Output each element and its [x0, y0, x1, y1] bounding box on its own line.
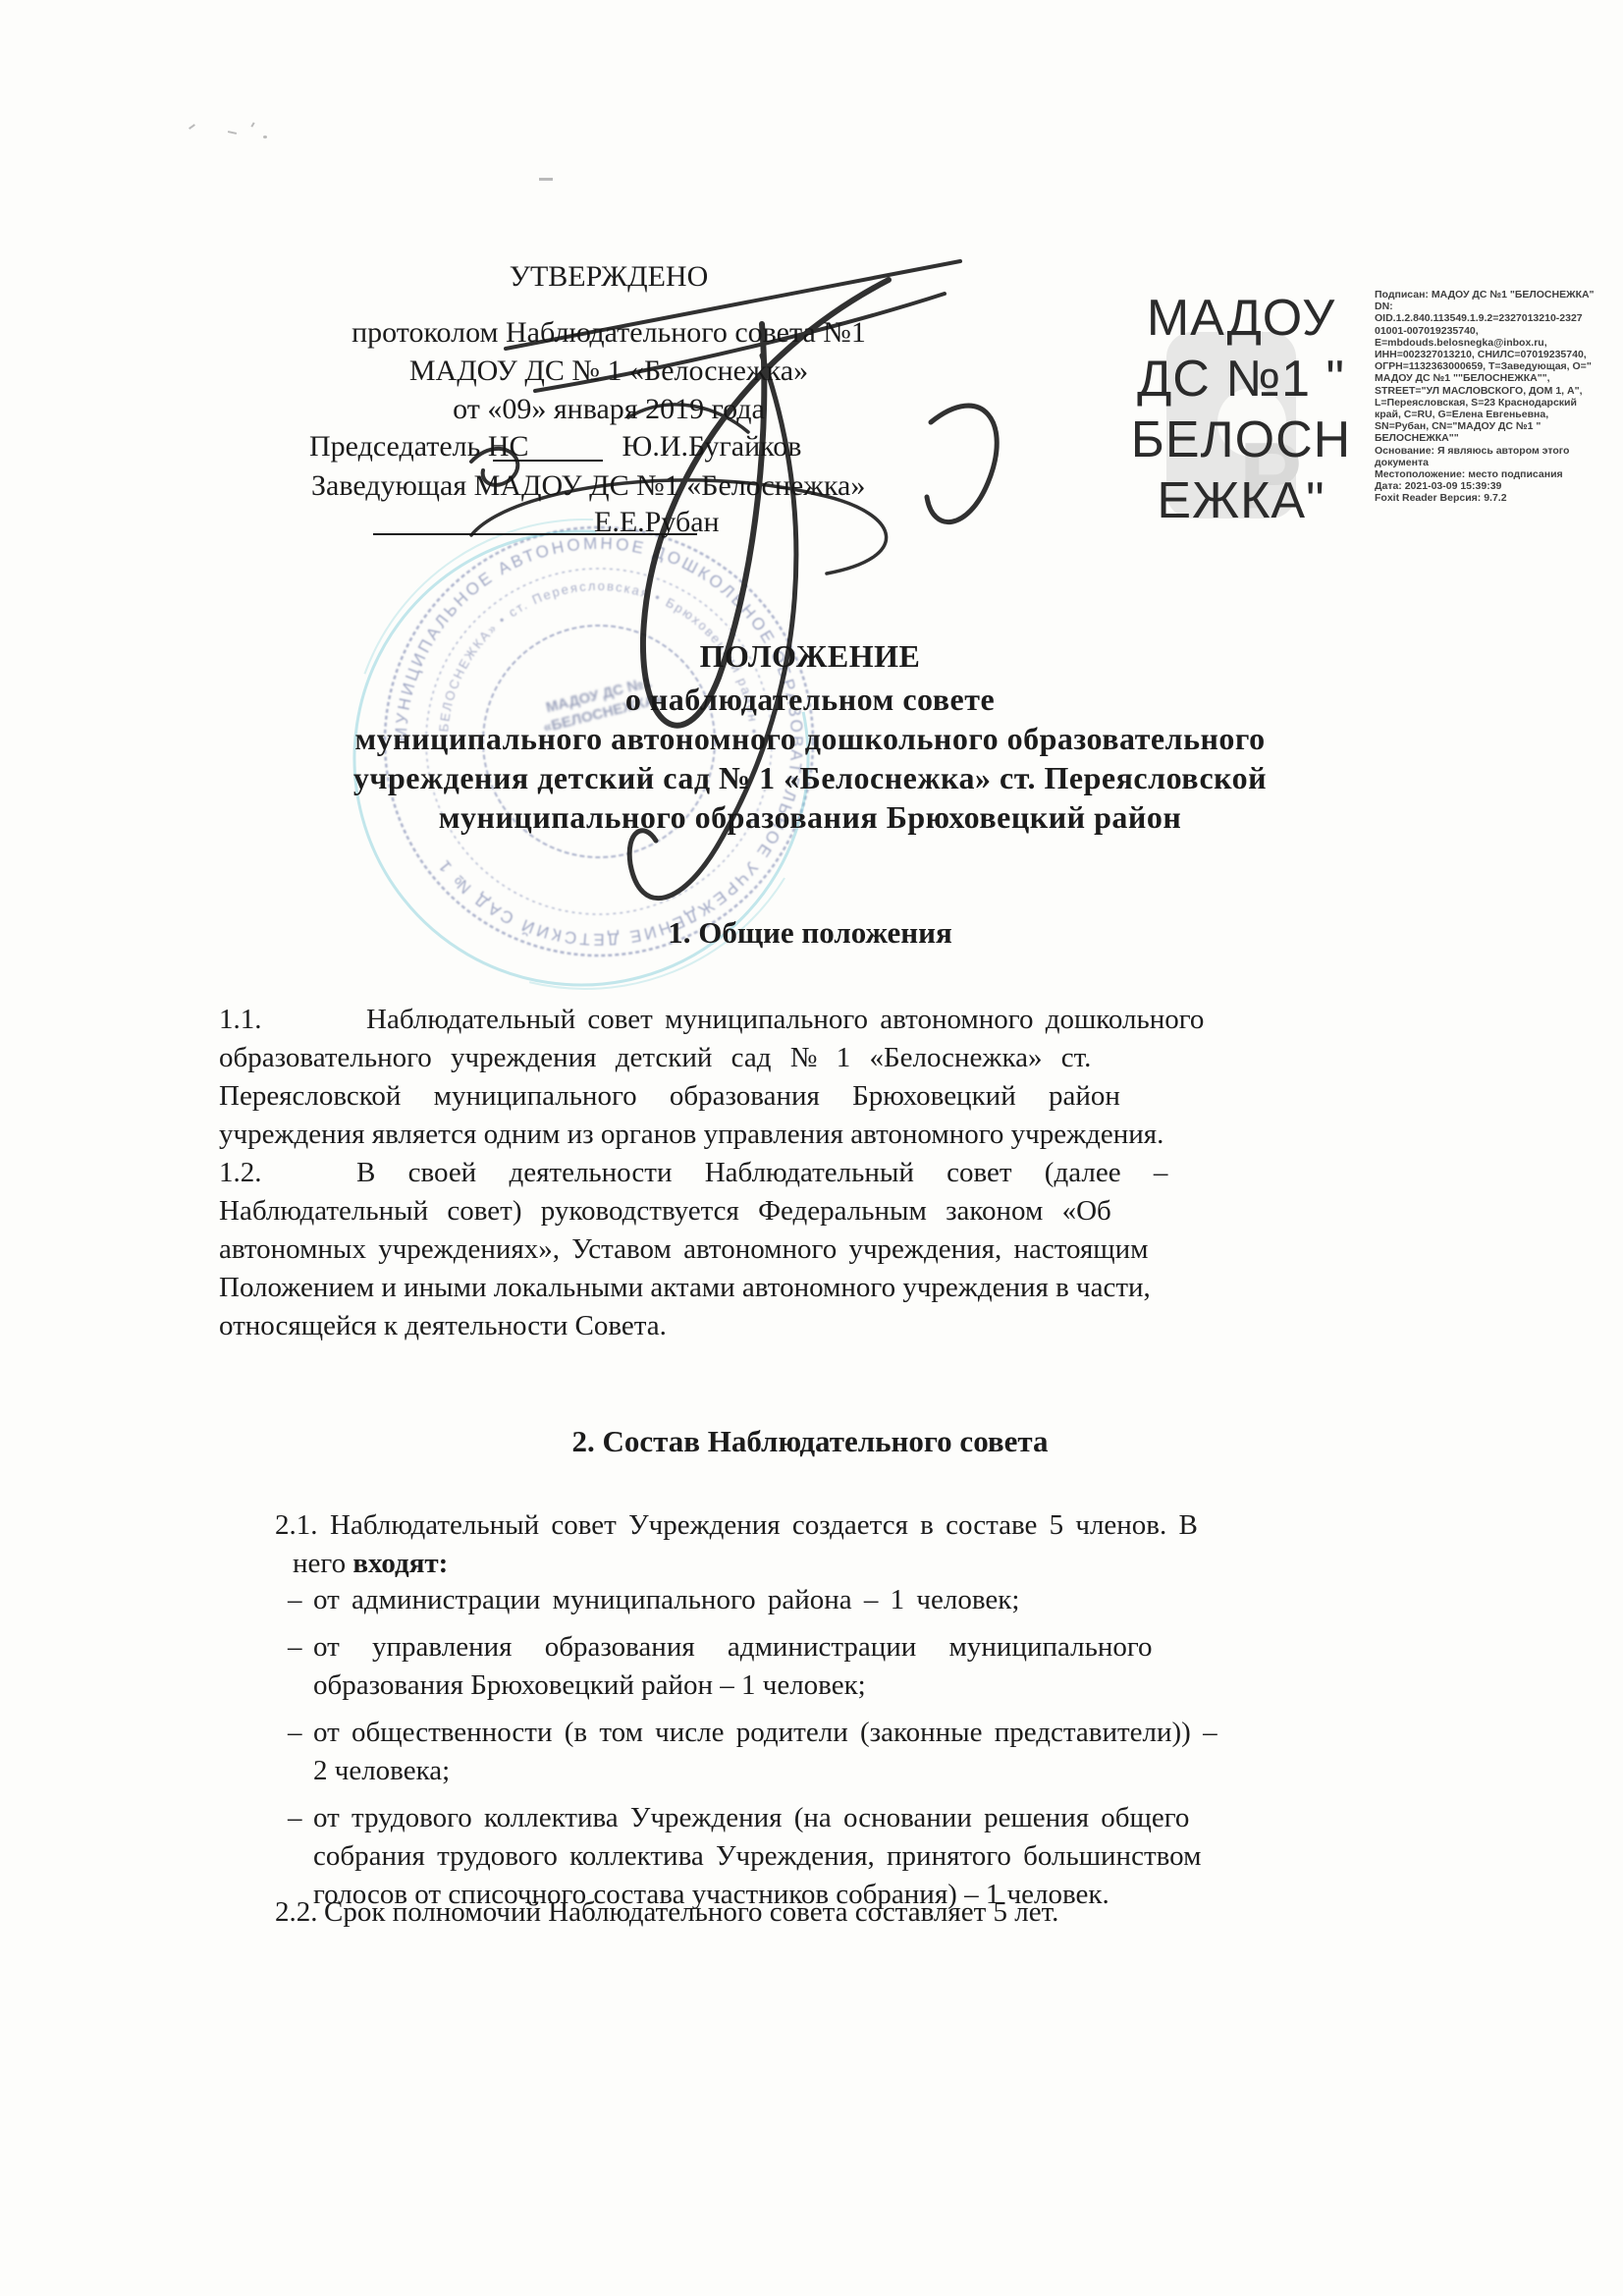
badge-name-line: ЕЖКА" — [1098, 470, 1384, 531]
para-1-1: 1.1.Наблюдательный совет муниципального … — [219, 1001, 1436, 1154]
title-line-2: о наблюдательном совете — [290, 680, 1330, 719]
bullet-list: от администрации муниципального района –… — [290, 1581, 1438, 1923]
head-name-row: Е.Е.Рубан — [594, 504, 720, 541]
title-line-1: ПОЛОЖЕНИЕ — [290, 636, 1330, 676]
badge-details: Подписан: МАДОУ ДС №1 "БЕЛОСНЕЖКА" DN: O… — [1375, 289, 1623, 505]
title-line-3: муниципального автономного дошкольного о… — [290, 719, 1330, 758]
para-2-1: 2.1.Наблюдательный совет Учреждения созд… — [275, 1506, 1438, 1583]
para-number: 1.1. — [219, 1001, 366, 1039]
chair-name: Ю.И.Бугайков — [622, 430, 802, 463]
bullet-item: от управления образования администрации … — [290, 1628, 1438, 1705]
title-line-4: учреждения детский сад № 1 «Белоснежка» … — [290, 758, 1330, 797]
para-number: 1.2. — [219, 1154, 356, 1192]
chair-label: Председатель НС — [309, 430, 529, 463]
para-number: 2.1. — [275, 1506, 330, 1545]
badge-name-line: ДС №1 " — [1098, 349, 1384, 410]
head-label: Заведующая МАДОУ ДС №1 «Белоснежка» — [311, 469, 865, 502]
signature-stroke — [927, 406, 997, 522]
document-page: МУНИЦИПАЛЬНОЕ АВТОНОМНОЕ ДОШКОЛЬНОЕ ОБРА… — [0, 0, 1623, 2296]
approval-line-4: от «09» января 2019 года — [295, 391, 923, 428]
bullet-item: от общественности (в том числе родители … — [290, 1714, 1438, 1790]
head-row: Заведующая МАДОУ ДС №1 «Белоснежка» — [311, 467, 865, 505]
title-line-5: муниципального образования Брюховецкий р… — [290, 797, 1330, 837]
badge-name-line: МАДОУ — [1098, 288, 1384, 349]
para-2-2: 2.2.Срок полномочий Наблюдательного сове… — [275, 1893, 1438, 1932]
approval-line-2: протоколом Наблюдательного совета №1 — [295, 314, 923, 352]
section-1-heading: 1. Общие положения — [290, 915, 1330, 951]
head-signature-line — [373, 533, 697, 535]
badge-name-line: БЕЛОСН — [1098, 410, 1384, 470]
approval-line-3: МАДОУ ДС № 1 «Белоснежка» — [295, 353, 923, 390]
para-number: 2.2. — [275, 1893, 324, 1932]
para-1-2: 1.2.В своей деятельности Наблюдательный … — [219, 1154, 1436, 1345]
approval-line-1: УТВЕРЖДЕНО — [295, 258, 923, 296]
document-title: ПОЛОЖЕНИЕ о наблюдательном совете муници… — [290, 636, 1330, 837]
chair-signature-line — [493, 460, 603, 462]
section-2-heading: 2. Состав Наблюдательного совета — [290, 1424, 1330, 1459]
badge-name: МАДОУ ДС №1 " БЕЛОСН ЕЖКА" — [1098, 288, 1384, 531]
bullet-item: от администрации муниципального района –… — [290, 1581, 1438, 1619]
